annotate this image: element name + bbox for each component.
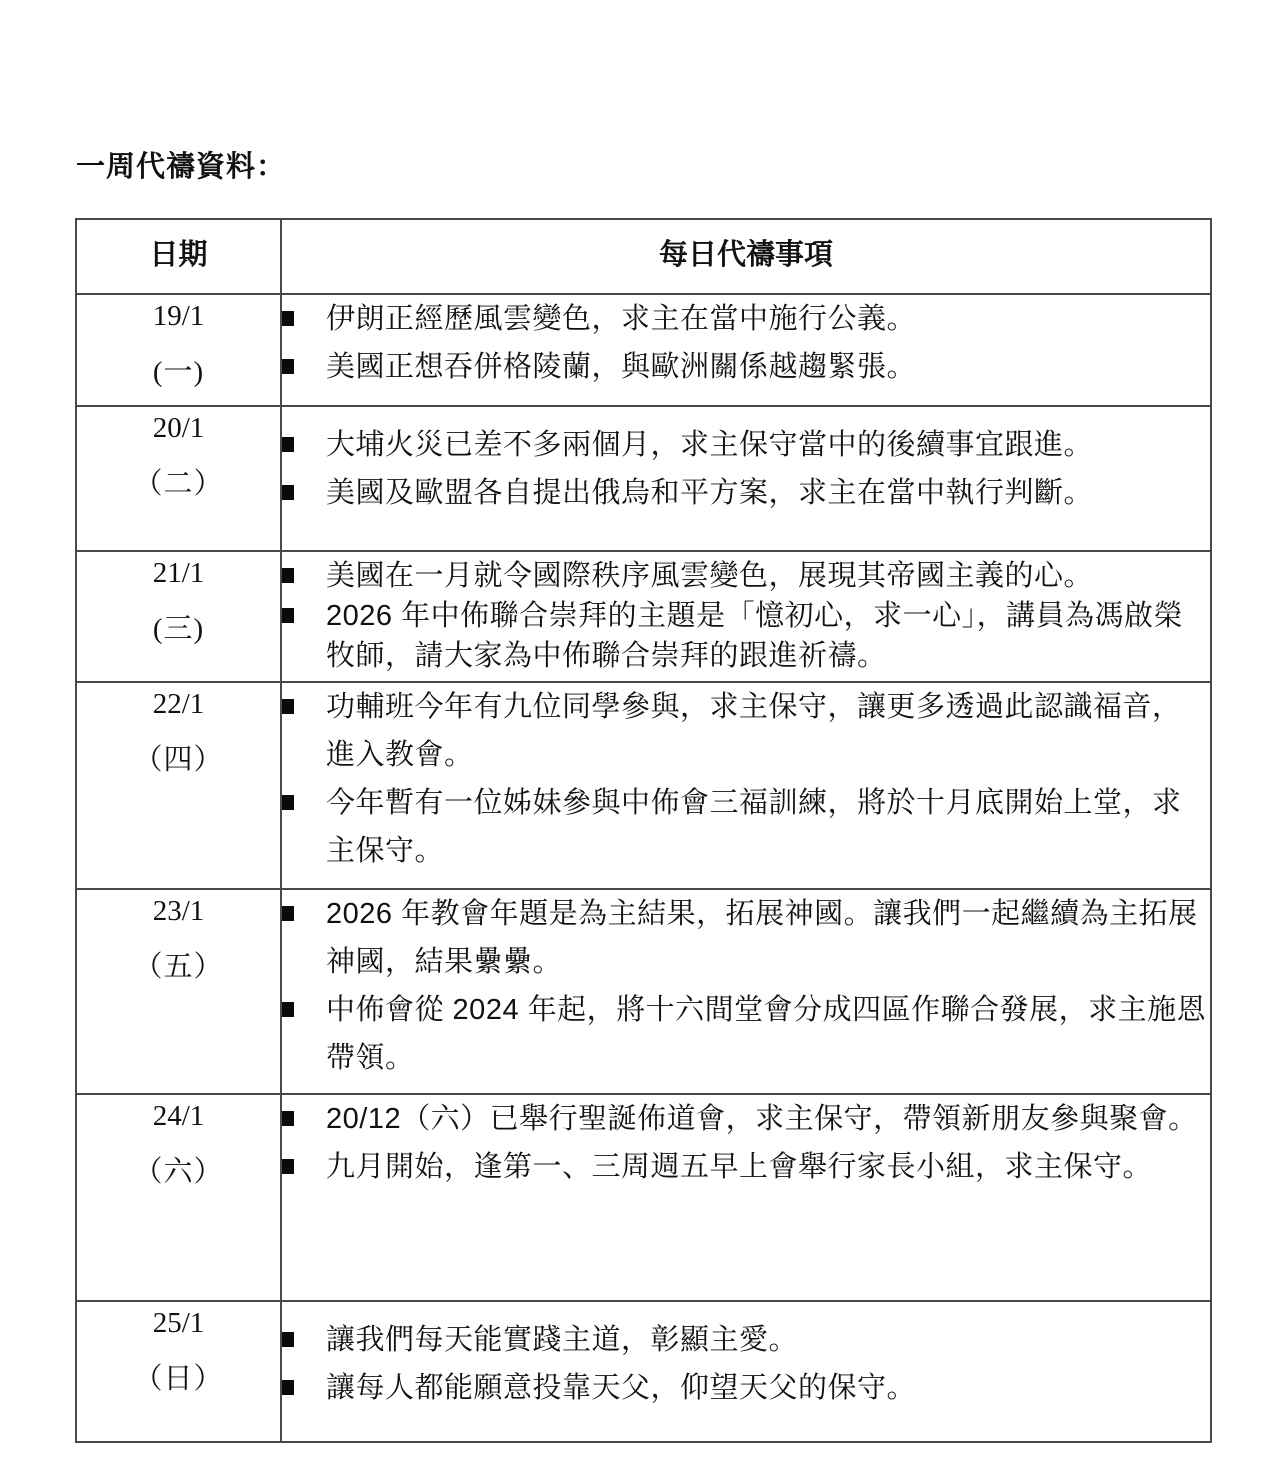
table-row: 21/1 (三) 美國在一月就令國際秩序風雲變色，展現其帝國主義的心。 2026… xyxy=(76,551,1211,682)
bullet-square-icon xyxy=(282,1002,294,1017)
bullet-square-icon xyxy=(282,359,294,374)
weekday-label: （日） xyxy=(77,1358,280,1400)
column-header-items: 每日代禱事項 xyxy=(282,220,1210,273)
items-cell: 美國在一月就令國際秩序風雲變色，展現其帝國主義的心。 2026 年中佈聯合崇拜的… xyxy=(281,551,1211,682)
list-item: 2026 年中佈聯合崇拜的主題是「憶初心，求一心」，講員為馮啟榮牧師，請大家為中… xyxy=(282,596,1210,676)
list-item: 美國及歐盟各自提出俄烏和平方案，求主在當中執行判斷。 xyxy=(282,469,1210,517)
date-label: 23/1 xyxy=(77,890,280,932)
bullet-square-icon xyxy=(282,699,294,714)
bullet-square-icon xyxy=(282,311,294,326)
bullet-square-icon xyxy=(282,568,294,583)
date-cell: 19/1 (一) xyxy=(76,294,281,406)
date-label: 19/1 xyxy=(77,295,280,337)
list-item: 讓我們每天能實踐主道，彰顯主愛。 xyxy=(282,1316,1210,1364)
weekday-label: （四） xyxy=(77,739,280,781)
list-item: 中佈會從 2024 年起，將十六間堂會分成四區作聯合發展，求主施恩帶領。 xyxy=(282,986,1210,1082)
table-row: 22/1 （四） 功輔班今年有九位同學參與，求主保守，讓更多透過此認識福音，進入… xyxy=(76,682,1211,889)
date-cell: 20/1 （二） xyxy=(76,406,281,551)
list-item: 讓每人都能願意投靠天父，仰望天父的保守。 xyxy=(282,1364,1210,1412)
list-item: 20/12（六）已舉行聖誕佈道會，求主保守，帶領新朋友參與聚會。 xyxy=(282,1095,1210,1143)
prayer-item-text: 美國及歐盟各自提出俄烏和平方案，求主在當中執行判斷。 xyxy=(326,469,1210,517)
prayer-item-text: 九月開始，逢第一、三周週五早上會舉行家長小組，求主保守。 xyxy=(326,1143,1210,1191)
list-item: 美國在一月就令國際秩序風雲變色，展現其帝國主義的心。 xyxy=(282,556,1210,596)
weekday-label: （六） xyxy=(77,1151,280,1193)
list-item: 九月開始，逢第一、三周週五早上會舉行家長小組，求主保守。 xyxy=(282,1143,1210,1191)
items-cell: 大埔火災已差不多兩個月，求主保守當中的後續事宜跟進。 美國及歐盟各自提出俄烏和平… xyxy=(281,406,1211,551)
bullet-square-icon xyxy=(282,1380,294,1395)
bullet-square-icon xyxy=(282,906,294,921)
weekday-label: （五） xyxy=(77,946,280,988)
prayer-item-text: 讓每人都能願意投靠天父，仰望天父的保守。 xyxy=(326,1364,1210,1412)
prayer-item-text: 2026 年教會年題是為主結果，拓展神國。讓我們一起繼續為主拓展神國，結果纍纍。 xyxy=(326,890,1210,986)
bullet-square-icon xyxy=(282,1332,294,1347)
weekday-label: （二） xyxy=(77,463,280,505)
table-row: 25/1 （日） 讓我們每天能實踐主道，彰顯主愛。 讓每人都能願意投靠天父，仰望… xyxy=(76,1301,1211,1442)
date-label: 24/1 xyxy=(77,1095,280,1137)
items-cell: 2026 年教會年題是為主結果，拓展神國。讓我們一起繼續為主拓展神國，結果纍纍。… xyxy=(281,889,1211,1094)
page-title: 一周代禱資料： xyxy=(76,144,286,185)
date-cell: 23/1 （五） xyxy=(76,889,281,1094)
weekday-label: (三) xyxy=(77,608,280,650)
items-cell: 伊朗正經歷風雲變色，求主在當中施行公義。 美國正想吞併格陵蘭，與歐洲關係越趨緊張… xyxy=(281,294,1211,406)
date-label: 20/1 xyxy=(77,407,280,449)
list-item: 伊朗正經歷風雲變色，求主在當中施行公義。 xyxy=(282,295,1210,343)
list-item: 今年暫有一位姊妹參與中佈會三福訓練，將於十月底開始上堂，求主保守。 xyxy=(282,779,1210,875)
table-row: 23/1 （五） 2026 年教會年題是為主結果，拓展神國。讓我們一起繼續為主拓… xyxy=(76,889,1211,1094)
prayer-item-text: 今年暫有一位姊妹參與中佈會三福訓練，將於十月底開始上堂，求主保守。 xyxy=(326,779,1210,875)
list-item: 大埔火災已差不多兩個月，求主保守當中的後續事宜跟進。 xyxy=(282,421,1210,469)
prayer-item-text: 伊朗正經歷風雲變色，求主在當中施行公義。 xyxy=(326,295,1210,343)
date-cell: 24/1 （六） xyxy=(76,1094,281,1301)
date-cell: 21/1 (三) xyxy=(76,551,281,682)
table-row: 19/1 (一) 伊朗正經歷風雲變色，求主在當中施行公義。 美國正想吞併格陵蘭，… xyxy=(76,294,1211,406)
bullet-square-icon xyxy=(282,1111,294,1126)
bullet-square-icon xyxy=(282,485,294,500)
bullet-square-icon xyxy=(282,437,294,452)
weekday-label: (一) xyxy=(77,351,280,393)
bullet-square-icon xyxy=(282,1159,294,1174)
prayer-item-text: 美國正想吞併格陵蘭，與歐洲關係越趨緊張。 xyxy=(326,343,1210,391)
document-page: 一周代禱資料： 日期 每日代禱事項 19/1 (一) 伊朗正經歷風雲變色，求主在… xyxy=(0,0,1284,1461)
column-header-date: 日期 xyxy=(77,220,280,273)
items-cell: 功輔班今年有九位同學參與，求主保守，讓更多透過此認識福音，進入教會。 今年暫有一… xyxy=(281,682,1211,889)
prayer-item-text: 大埔火災已差不多兩個月，求主保守當中的後續事宜跟進。 xyxy=(326,421,1210,469)
date-cell: 25/1 （日） xyxy=(76,1301,281,1442)
list-item: 功輔班今年有九位同學參與，求主保守，讓更多透過此認識福音，進入教會。 xyxy=(282,683,1210,779)
items-cell: 讓我們每天能實踐主道，彰顯主愛。 讓每人都能願意投靠天父，仰望天父的保守。 xyxy=(281,1301,1211,1442)
list-item: 美國正想吞併格陵蘭，與歐洲關係越趨緊張。 xyxy=(282,343,1210,391)
list-item: 2026 年教會年題是為主結果，拓展神國。讓我們一起繼續為主拓展神國，結果纍纍。 xyxy=(282,890,1210,986)
prayer-item-text: 功輔班今年有九位同學參與，求主保守，讓更多透過此認識福音，進入教會。 xyxy=(326,683,1210,779)
date-label: 22/1 xyxy=(77,683,280,725)
table-row: 24/1 （六） 20/12（六）已舉行聖誕佈道會，求主保守，帶領新朋友參與聚會… xyxy=(76,1094,1211,1301)
prayer-item-text: 中佈會從 2024 年起，將十六間堂會分成四區作聯合發展，求主施恩帶領。 xyxy=(326,986,1210,1082)
table-header-row: 日期 每日代禱事項 xyxy=(76,219,1211,294)
bullet-square-icon xyxy=(282,795,294,810)
prayer-item-text: 20/12（六）已舉行聖誕佈道會，求主保守，帶領新朋友參與聚會。 xyxy=(326,1095,1210,1143)
prayer-schedule-table: 日期 每日代禱事項 19/1 (一) 伊朗正經歷風雲變色，求主在當中施行公義。 … xyxy=(75,218,1212,1443)
items-cell: 20/12（六）已舉行聖誕佈道會，求主保守，帶領新朋友參與聚會。 九月開始，逢第… xyxy=(281,1094,1211,1301)
date-label: 25/1 xyxy=(77,1302,280,1344)
date-cell: 22/1 （四） xyxy=(76,682,281,889)
table-row: 20/1 （二） 大埔火災已差不多兩個月，求主保守當中的後續事宜跟進。 美國及歐… xyxy=(76,406,1211,551)
bullet-square-icon xyxy=(282,608,294,623)
prayer-item-text: 2026 年中佈聯合崇拜的主題是「憶初心，求一心」，講員為馮啟榮牧師，請大家為中… xyxy=(326,596,1210,676)
prayer-item-text: 讓我們每天能實踐主道，彰顯主愛。 xyxy=(326,1316,1210,1364)
prayer-item-text: 美國在一月就令國際秩序風雲變色，展現其帝國主義的心。 xyxy=(326,556,1210,596)
date-label: 21/1 xyxy=(77,552,280,594)
